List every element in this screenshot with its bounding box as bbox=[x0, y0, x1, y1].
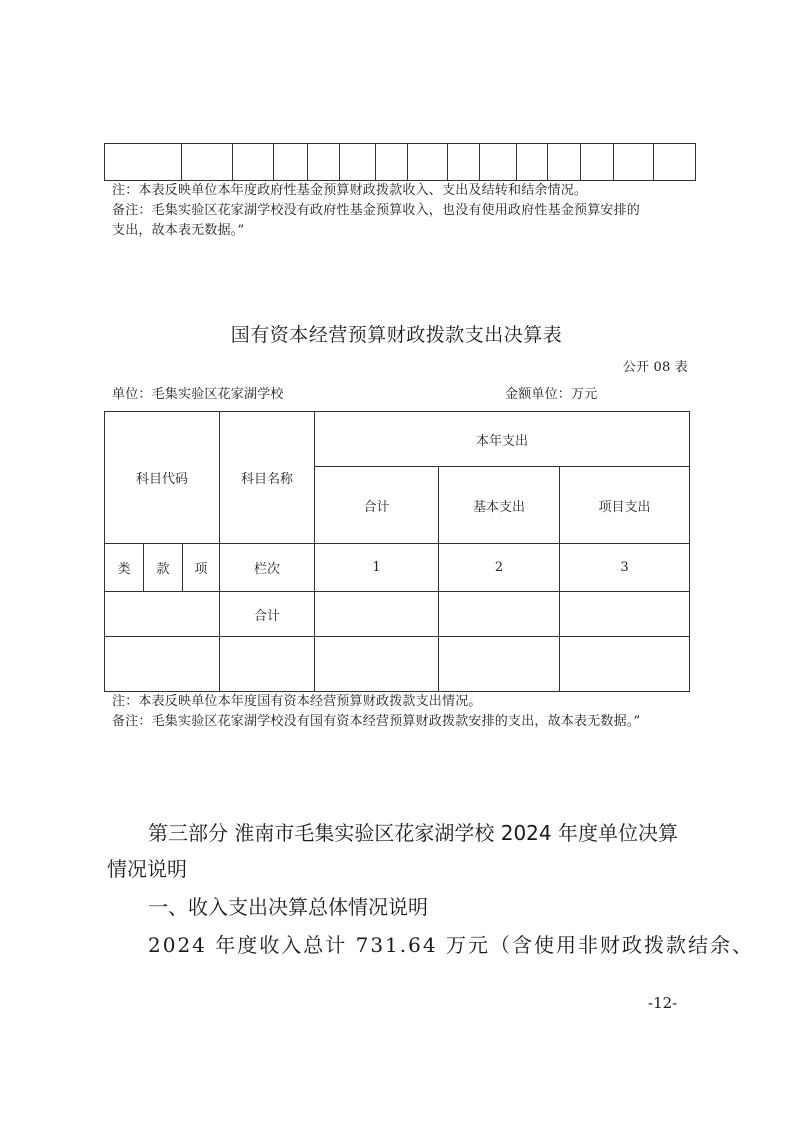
table-cell bbox=[548, 144, 581, 181]
table-cell bbox=[581, 144, 614, 181]
item-header: 项 bbox=[183, 544, 220, 592]
table-title: 国有资本经营预算财政拨款支出决算表 bbox=[0, 320, 793, 347]
total-header: 合计 bbox=[315, 467, 439, 544]
table-number: 公开 08 表 bbox=[600, 358, 688, 378]
column-number-row: 类 款 项 栏次 1 2 3 bbox=[105, 544, 690, 592]
subject-code-header: 科目代码 bbox=[105, 412, 220, 544]
table-cell bbox=[274, 144, 308, 181]
current-year-expense-header: 本年支出 bbox=[315, 412, 690, 467]
code-cell bbox=[105, 637, 220, 692]
table-cell bbox=[105, 144, 182, 181]
table-cell bbox=[408, 144, 448, 181]
page-number: -12- bbox=[648, 994, 677, 1012]
table-row bbox=[105, 637, 690, 692]
table-note: 注：本表反映单位本年度国有资本经营预算财政拨款支出情况。 bbox=[112, 692, 482, 712]
table-cell bbox=[376, 144, 408, 181]
table-cell bbox=[233, 144, 274, 181]
project-cell bbox=[560, 637, 690, 692]
name-cell bbox=[220, 637, 315, 692]
code-cell bbox=[105, 592, 220, 637]
table-remark: 备注：毛集实验区花家湖学校没有政府性基金预算收入，也没有使用政府性基金预算安排的 bbox=[112, 201, 640, 221]
section-heading: 一、收入支出决算总体情况说明 bbox=[148, 891, 428, 920]
name-cell: 合计 bbox=[220, 592, 315, 637]
table-remark-continued: 支出，故本表无数据。” bbox=[112, 221, 244, 241]
total-cell bbox=[315, 637, 439, 692]
table-cell bbox=[517, 144, 548, 181]
government-fund-table-tail bbox=[104, 143, 696, 181]
part-heading: 第三部分 淮南市毛集实验区花家湖学校 2024 年度单位决算 bbox=[148, 817, 678, 846]
subject-name-header: 科目名称 bbox=[220, 412, 315, 544]
total-cell bbox=[315, 592, 439, 637]
table-cell bbox=[614, 144, 654, 181]
table-remark: 备注：毛集实验区花家湖学校没有国有资本经营预算财政拨款安排的支出，故本表无数据。… bbox=[112, 712, 640, 732]
body-paragraph: 2024 年度收入总计 731.64 万元（含使用非财政拨款结余、 bbox=[148, 929, 754, 958]
project-cell bbox=[560, 592, 690, 637]
table-cell bbox=[654, 144, 696, 181]
part-heading-continued: 情况说明 bbox=[107, 853, 187, 882]
unit-label: 单位：毛集实验区花家湖学校 bbox=[112, 385, 284, 405]
table-note: 注：本表反映单位本年度政府性基金预算财政拨款收入、支出及结转和结余情况。 bbox=[112, 181, 587, 201]
table-cell bbox=[480, 144, 517, 181]
table-row: 合计 bbox=[105, 592, 690, 637]
class-header: 类 bbox=[105, 544, 144, 592]
table-row bbox=[105, 144, 696, 181]
basic-expense-header: 基本支出 bbox=[439, 467, 560, 544]
basic-cell bbox=[439, 637, 560, 692]
amount-unit-label: 金额单位：万元 bbox=[505, 385, 597, 405]
table-cell bbox=[448, 144, 480, 181]
project-expense-header: 项目支出 bbox=[560, 467, 690, 544]
column-3: 3 bbox=[560, 544, 690, 592]
section-header: 款 bbox=[144, 544, 183, 592]
table-cell bbox=[182, 144, 233, 181]
column-2: 2 bbox=[439, 544, 560, 592]
basic-cell bbox=[439, 592, 560, 637]
column-1: 1 bbox=[315, 544, 439, 592]
state-capital-expense-table: 科目代码 科目名称 本年支出 合计 基本支出 项目支出 类 款 项 栏次 1 2… bbox=[104, 411, 690, 692]
column-no-header: 栏次 bbox=[220, 544, 315, 592]
table-cell bbox=[308, 144, 340, 181]
table-cell bbox=[340, 144, 376, 181]
header-row: 科目代码 科目名称 本年支出 bbox=[105, 412, 690, 467]
